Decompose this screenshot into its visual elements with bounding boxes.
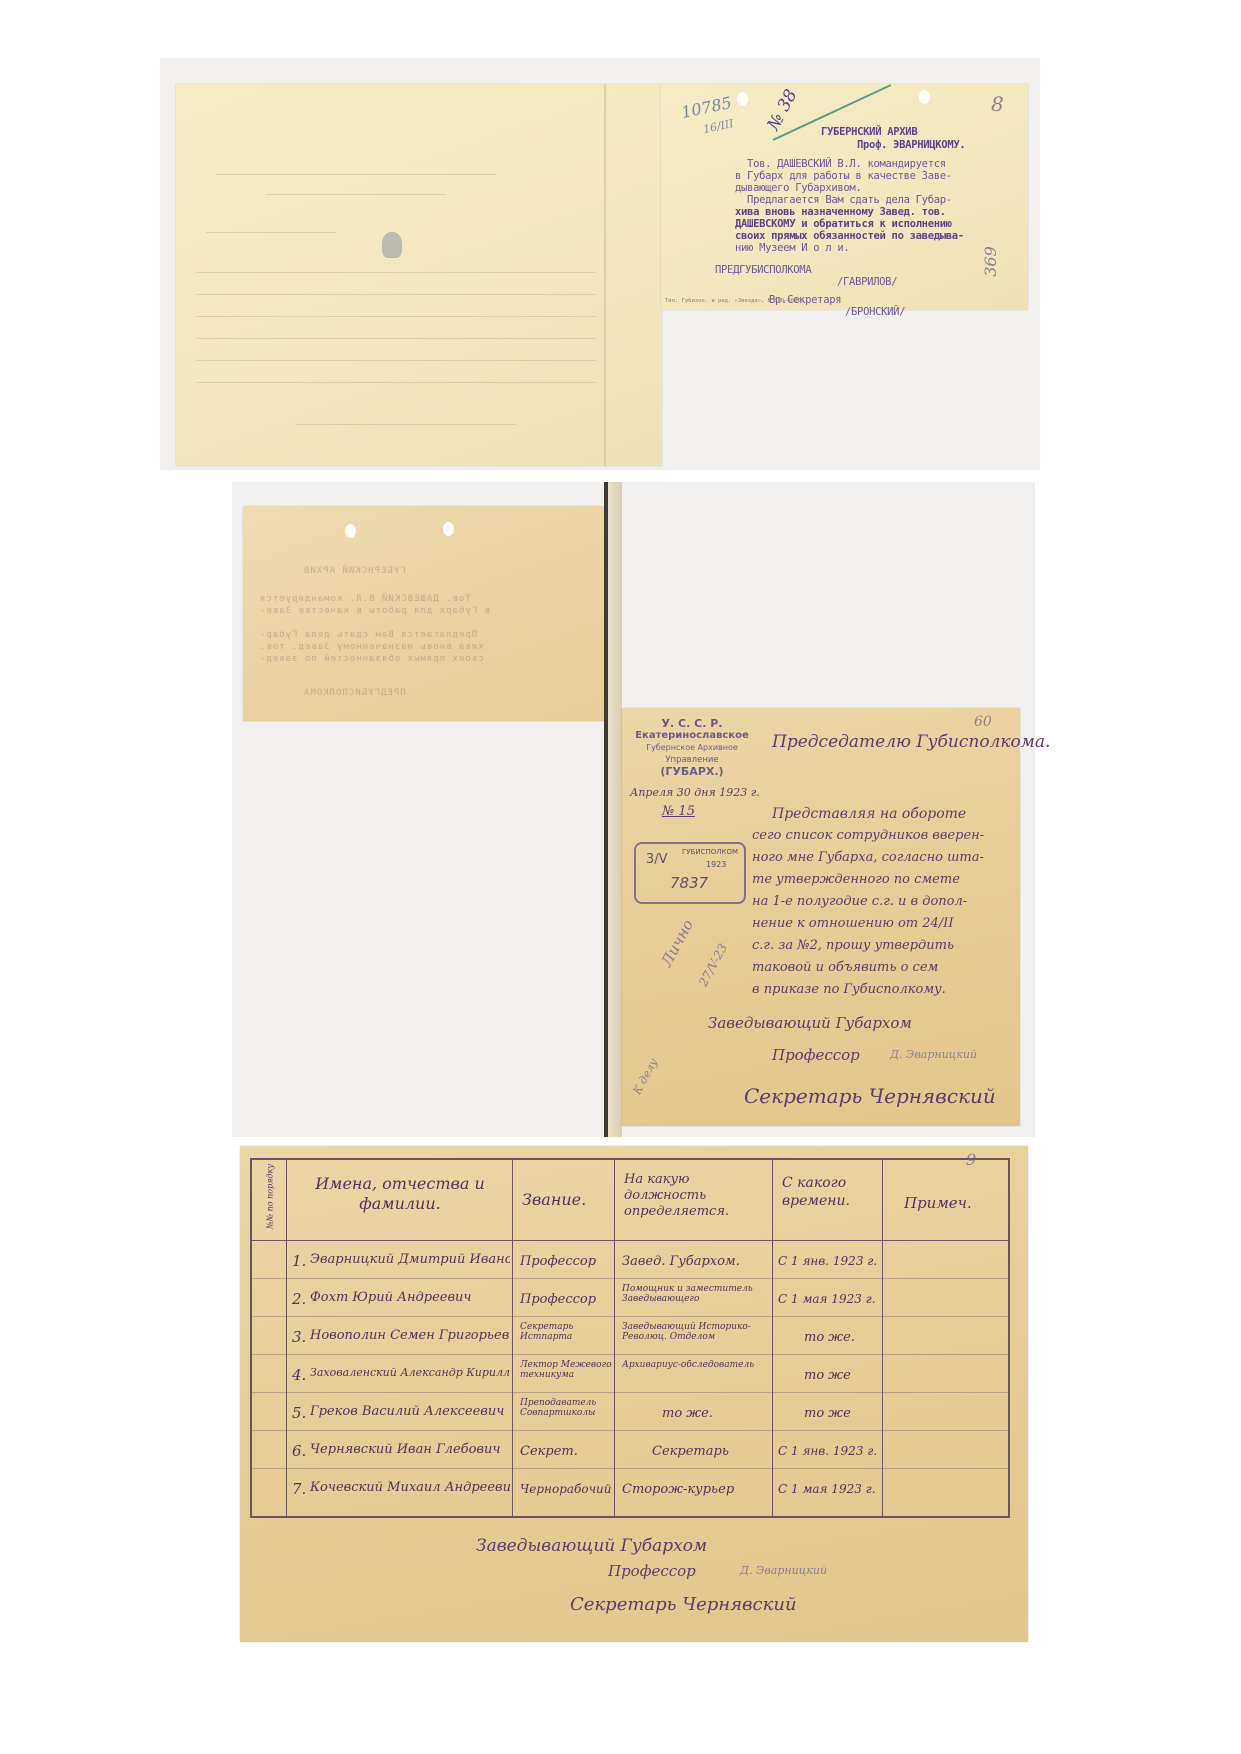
order-heading-1: ГУБЕРНСКИЙ АРХИВ [821, 126, 917, 139]
col-header-rank: Звание. [522, 1190, 608, 1209]
sheet-number: 8 [991, 92, 1004, 116]
pencil-note-file: К делу [631, 1056, 661, 1096]
institution-stamp: У. С. С. Р. Екатеринославское Губернское… [628, 718, 756, 778]
order-body-line-1: Тов. ДАШЕВСКИЙ В.Л. командируется [735, 158, 946, 171]
staff-list-signature-secretary: Секретарь Чернявский [570, 1594, 797, 1615]
signatory-title-1: ПРЕДГУБИСПОЛКОМА [715, 264, 811, 277]
incoming-date: 16/III [702, 117, 735, 136]
order-body-line-3: дывающего Губархивом. [735, 182, 861, 195]
order-body-line-6: ДАШЕВСКОМУ и обратиться к исполнению [735, 218, 952, 231]
letter-signoff-title: Заведывающий Губархом [708, 1014, 912, 1032]
staff-list-signoff-title: Заведывающий Губархом [476, 1536, 707, 1556]
signatory-name-1: /ГАВРИЛОВ/ [837, 276, 897, 289]
printer-line: Тип. Губизол. и ред. «Звезда», № 560—300… [665, 298, 804, 304]
staff-table: №№ по порядку Имена, отчества и фамилии.… [250, 1158, 1010, 1518]
letter-body-line-4: те утвержденного по смете [752, 872, 960, 887]
letter-date: Апреля 30 дня 1923 г. [630, 786, 760, 799]
order-body-line-5: хива вновь назначенному Завед. тов. [735, 206, 946, 219]
corner-mark: 60 [974, 714, 992, 730]
col-header-number: №№ по порядку [266, 1159, 275, 1235]
letter-body-line-6: нение к отношению от 24/II [752, 916, 953, 931]
sheet-staff-list: 9 №№ по порядку Имена, отчества и фамили… [240, 1146, 1028, 1642]
order-body-line-2: в Губарх для работы в качестве Заве- [735, 170, 952, 183]
signatory-name-2: /БРОНСКИЙ/ [845, 306, 905, 319]
staff-list-signature-director: Д. Эварницкий [740, 1564, 827, 1577]
staff-list-signoff-rank: Профессор [608, 1562, 696, 1580]
letter-body-line-9: в приказе по Губисполкому. [752, 982, 946, 997]
order-body-line-7: своих прямых обязанностей по заведыва- [735, 230, 964, 243]
sheet-mirrored-backside: ГУБЕРНСКИЙ АРХИВ Тов. ДАШЕВСКИЙ В.Л. ком… [243, 506, 607, 721]
folio-number: 369 [981, 246, 1000, 277]
letter-body-line-8: таковой и объявить о сем [752, 960, 938, 975]
letter-body-line-1: Представляя на обороте [772, 806, 966, 822]
order-body-line-4: Предлагается Вам сдать дела Губар- [735, 194, 952, 207]
order-body-line-8: нию Музеем И о л и. [735, 242, 849, 255]
sheet-back-of-letter [176, 84, 662, 466]
ink-blot-mark [382, 232, 402, 258]
letter-body-line-5: на 1-е полугодие с.г. и в допол- [752, 894, 967, 909]
letter-signature-secretary: Секретарь Чернявский [744, 1084, 996, 1108]
received-stamp: 3/V ГУБИСПОЛКОМ 1923 7837 [634, 842, 746, 904]
letter-addressee: Председателю Губисполкома. [772, 732, 1050, 752]
letter-signoff-rank: Профессор [772, 1046, 860, 1064]
col-header-notes: Примеч. [904, 1194, 1004, 1212]
letter-body-line-7: с.г. за №2, прошу утвердить [752, 938, 954, 953]
col-header-name: Имена, отчества и фамилии. [300, 1174, 500, 1214]
letter-body-line-2: сего список сотрудников вверен- [752, 828, 984, 843]
sheet-gubarkh-letter: У. С. С. Р. Екатеринославское Губернское… [622, 708, 1020, 1126]
col-header-since: С какого времени. [782, 1174, 878, 1210]
order-heading-2: Проф. ЭВАРНИЦКОМУ. [857, 139, 965, 152]
letter-number: № 15 [662, 804, 695, 819]
col-header-position: На какую должность определяется. [624, 1172, 764, 1220]
letter-body-line-3: ного мне Губарха, согласно шта- [752, 850, 984, 865]
pencil-note-personal: Лично [657, 917, 697, 970]
pencil-note-date: 27/V-23 [696, 941, 730, 988]
sheet-gubispolkom-order: 10785 16/III № 38 8 369 ГУБЕРНСКИЙ АРХИВ… [661, 84, 1028, 310]
reference-number: № 38 [764, 86, 802, 133]
binding-spine [604, 482, 622, 1137]
letter-signature-director: Д. Эварницкий [890, 1048, 977, 1061]
